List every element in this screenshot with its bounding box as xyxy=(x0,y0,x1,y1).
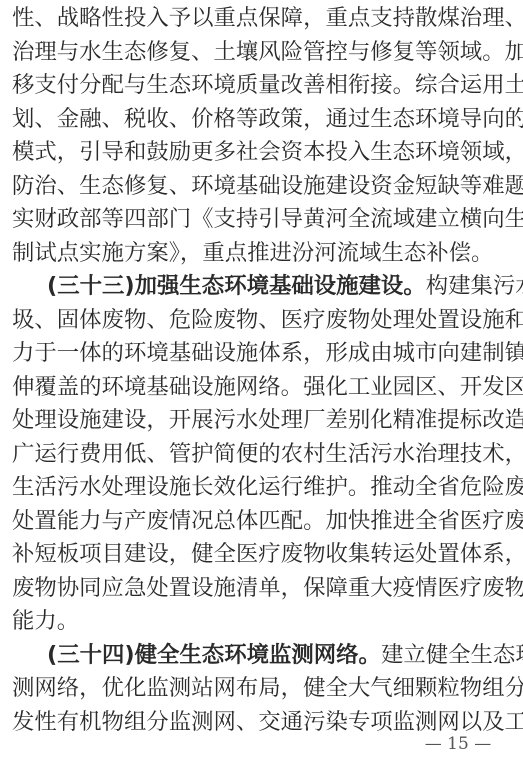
text-line: 圾、固体废物、危险废物、医疗废物处理处置设施和监测监管能 xyxy=(12,305,511,335)
section-34-text: 建立健全生态环境监 xyxy=(381,642,523,668)
section-34-first-line: (三十四)健全生态环境监测网络。建立健全生态环境监 xyxy=(47,640,511,670)
text-line: 能力。 xyxy=(12,606,511,636)
text-line: 性、战略性投入予以重点保障，重点支持散煤治理、流域水污染 xyxy=(12,3,511,33)
text-line: 移支付分配与生态环境质量改善相衔接。综合运用土地、规 xyxy=(12,70,511,100)
section-34-heading: (三十四)健全生态环境监测网络。 xyxy=(47,642,381,668)
text-line: 治理与水生态修复、土壤风险管控与修复等领域。加强有关转 xyxy=(12,37,511,67)
text-line: 处理设施建设，开展污水处理厂差别化精准提标改造。优先推 xyxy=(12,405,511,435)
page-number: — 15 — xyxy=(420,732,496,756)
text-line: 划、金融、税收、价格等政策，通过生态环境导向的开发(EOD) xyxy=(12,104,511,134)
section-33-text: 构建集污水、垃 xyxy=(426,273,523,299)
text-line: 制试点实施方案》，重点推进汾河流域生态补偿。 xyxy=(12,238,511,268)
section-33-first-line: (三十三)加强生态环境基础设施建设。构建集污水、垃 xyxy=(47,271,511,301)
text-line: 测网络，优化监测站网布局，健全大气细颗粒物组分监测网、挥 xyxy=(12,673,511,703)
text-line: 伸覆盖的环境基础设施网络。强化工业园区、开发区污水集中 xyxy=(12,372,511,402)
text-line: 实财政部等四部门《支持引导黄河全流域建立横向生态补偿机 xyxy=(12,204,511,234)
text-line: 防治、生态修复、环境基础设施建设资金短缺等难题。深入落 xyxy=(12,171,511,201)
text-line: 力于一体的环境基础设施体系，形成由城市向建制镇和乡村延 xyxy=(12,338,511,368)
text-line: 广运行费用低、管护简便的农村生活污水治理技术，强化农村 xyxy=(12,439,511,469)
section-33-heading: (三十三)加强生态环境基础设施建设。 xyxy=(47,273,426,299)
text-line: 生活污水处理设施长效化运行维护。推动全省危险废物利用 xyxy=(12,472,511,502)
text-line: 补短板项目建设，健全医疗废物收集转运处置体系，建立医疗 xyxy=(12,539,511,569)
text-line: 模式，引导和鼓励更多社会资本投入生态环境领域，破解污染 xyxy=(12,137,511,167)
text-line: 废物协同应急处置设施清单，保障重大疫情医疗废物应急处置 xyxy=(12,573,511,603)
document-page: 性、战略性投入予以重点保障，重点支持散煤治理、流域水污染 治理与水生态修复、土壤… xyxy=(0,0,523,758)
text-line: 处置能力与产废情况总体匹配。加快推进全省医疗废物处置 xyxy=(12,506,511,536)
